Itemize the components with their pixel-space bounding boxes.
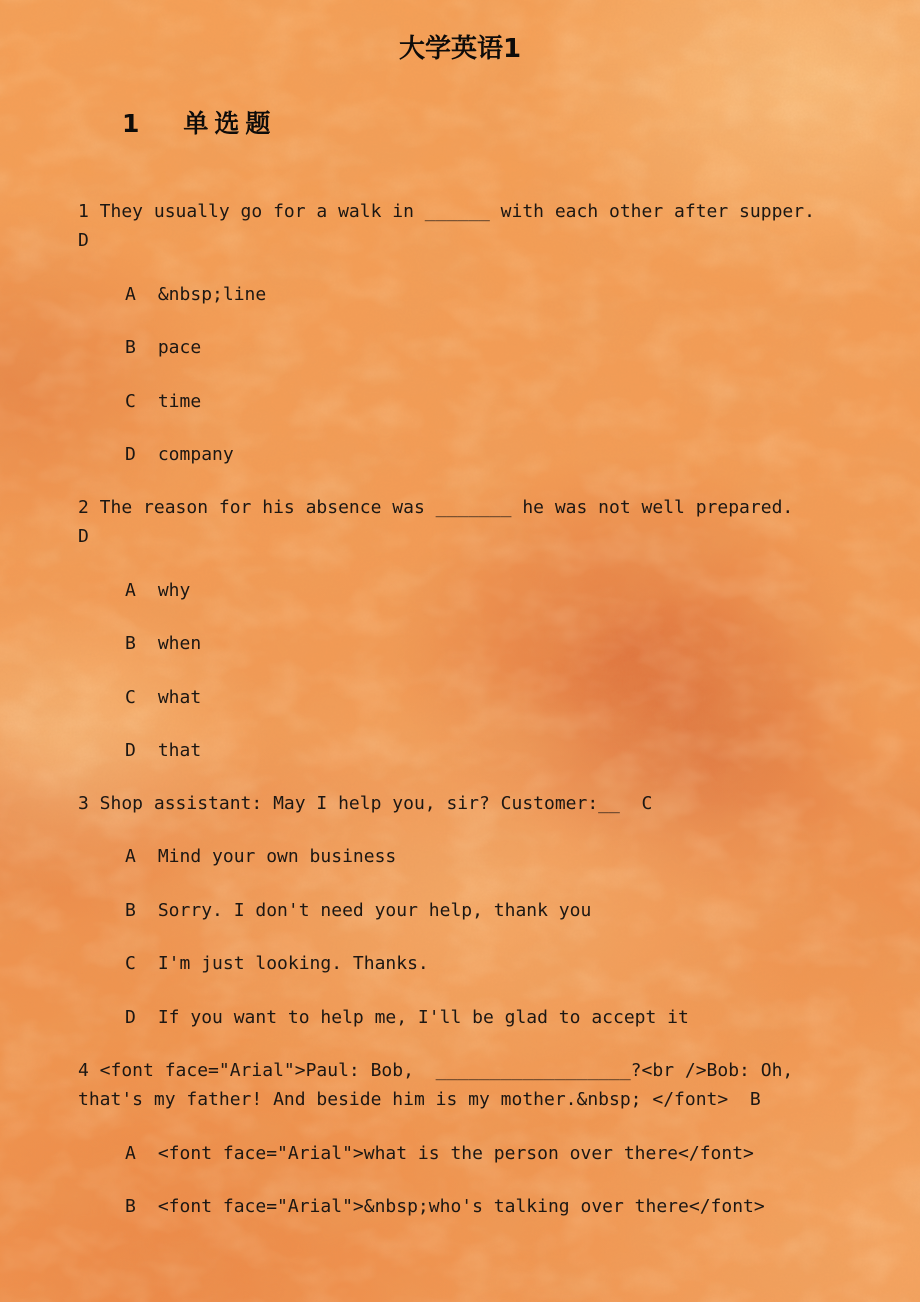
- option-text: &nbsp;line: [158, 284, 266, 305]
- question-3-option-c: CI'm just looking. Thanks.: [125, 952, 429, 976]
- option-text: when: [158, 633, 201, 654]
- option-letter: B: [125, 899, 136, 923]
- question-1-option-c: Ctime: [125, 390, 201, 414]
- option-text: <font face="Arial">&nbsp;who's talking o…: [158, 1196, 765, 1217]
- question-2-option-c: Cwhat: [125, 686, 201, 710]
- option-letter: A: [125, 579, 136, 603]
- option-text: If you want to help me, I'll be glad to …: [158, 1007, 689, 1028]
- question-1-option-a: A&nbsp;line: [125, 283, 266, 307]
- question-2-option-d: Dthat: [125, 739, 201, 763]
- option-letter: B: [125, 1195, 136, 1219]
- question-1-answer-line: D: [78, 229, 89, 253]
- question-1-option-d: Dcompany: [125, 443, 234, 467]
- question-2-answer-line: D: [78, 525, 89, 549]
- option-text: company: [158, 444, 234, 465]
- question-1-text-line-1: 1 They usually go for a walk in ______ w…: [78, 200, 815, 224]
- option-letter: A: [125, 845, 136, 869]
- option-text: what: [158, 687, 201, 708]
- question-2-option-a: Awhy: [125, 579, 190, 603]
- option-letter: D: [125, 739, 136, 763]
- option-text: why: [158, 580, 191, 601]
- question-3-text-line-1: 3 Shop assistant: May I help you, sir? C…: [78, 792, 652, 816]
- option-text: I'm just looking. Thanks.: [158, 953, 429, 974]
- option-text: <font face="Arial">what is the person ov…: [158, 1143, 754, 1164]
- document-content: 大学英语1 1单选题 1 They usually go for a walk …: [0, 0, 920, 1302]
- option-letter: B: [125, 336, 136, 360]
- option-letter: B: [125, 632, 136, 656]
- option-text: that: [158, 740, 201, 761]
- question-4-option-a: A<font face="Arial">what is the person o…: [125, 1142, 754, 1166]
- question-3-option-a: AMind your own business: [125, 845, 396, 869]
- doc-title: 大学英语1: [0, 28, 920, 65]
- option-letter: C: [125, 390, 136, 414]
- option-text: time: [158, 391, 201, 412]
- option-letter: D: [125, 1006, 136, 1030]
- question-2-option-b: Bwhen: [125, 632, 201, 656]
- question-4-option-b: B<font face="Arial">&nbsp;who's talking …: [125, 1195, 765, 1219]
- section-title: 单选题: [183, 109, 276, 138]
- document-page: 大学英语1 1单选题 1 They usually go for a walk …: [0, 0, 920, 1302]
- option-text: Sorry. I don't need your help, thank you: [158, 900, 591, 921]
- question-4-text-line-2: that's my father! And beside him is my m…: [78, 1088, 761, 1112]
- question-3-option-b: BSorry. I don't need your help, thank yo…: [125, 899, 591, 923]
- option-letter: C: [125, 686, 136, 710]
- question-3-option-d: DIf you want to help me, I'll be glad to…: [125, 1006, 689, 1030]
- option-text: Mind your own business: [158, 846, 396, 867]
- question-1-option-b: Bpace: [125, 336, 201, 360]
- option-letter: C: [125, 952, 136, 976]
- section-heading: 1单选题: [122, 104, 276, 140]
- option-text: pace: [158, 337, 201, 358]
- option-letter: A: [125, 283, 136, 307]
- section-number: 1: [122, 109, 139, 138]
- option-letter: A: [125, 1142, 136, 1166]
- option-letter: D: [125, 443, 136, 467]
- question-2-text-line-1: 2 The reason for his absence was _______…: [78, 496, 793, 520]
- question-4-text-line-1: 4 <font face="Arial">Paul: Bob, ________…: [78, 1059, 793, 1083]
